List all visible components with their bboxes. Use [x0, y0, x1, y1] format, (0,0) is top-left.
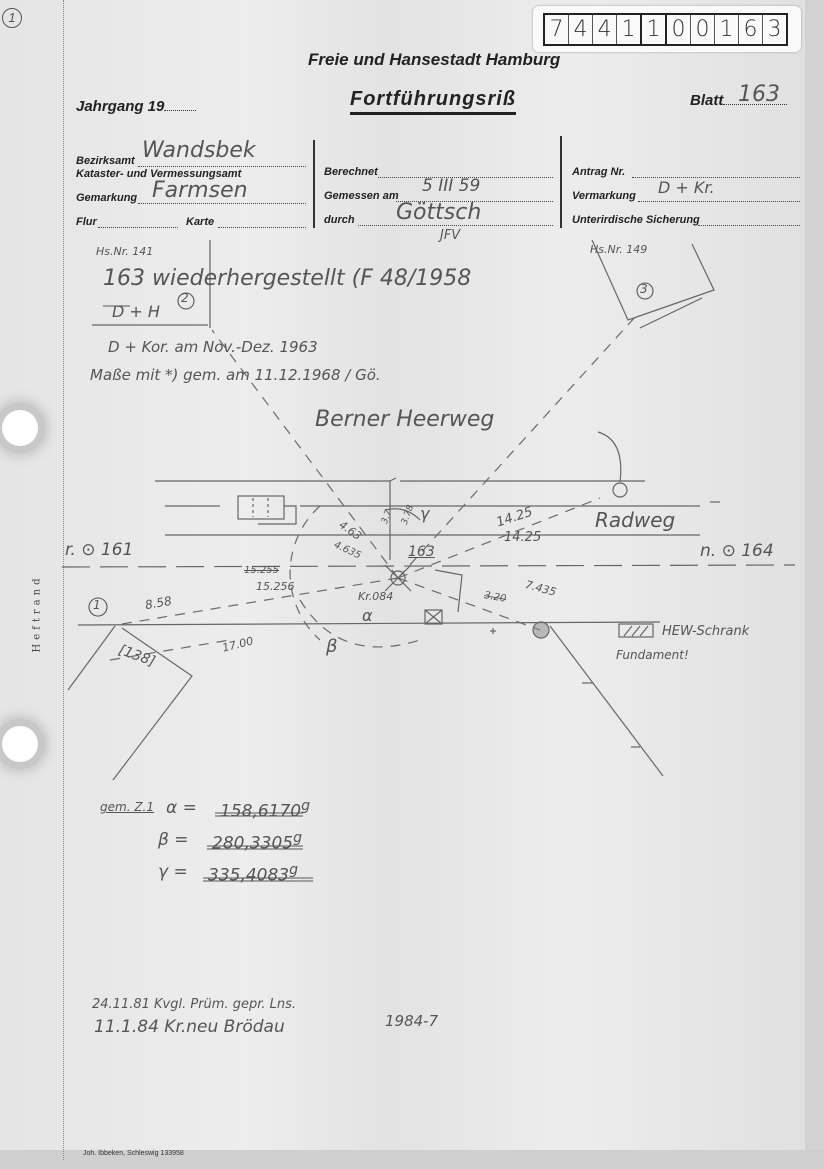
point-164-label: n. ⊙ 164 — [700, 541, 774, 561]
angle-value: 158,6170g — [220, 798, 310, 822]
footer-note-2: 11.1.84 Kr.neu Brödau — [94, 1017, 285, 1037]
distance-15-256: 15.256 — [256, 580, 295, 593]
point-1-label: 1 — [93, 598, 101, 612]
printer-imprint: Joh. Ibbeken, Schleswig 133958 — [83, 1150, 184, 1157]
foundation-note: Fundament! — [616, 648, 689, 662]
marking-note: D + Kor. am Nov.-Dez. 1963 — [108, 338, 318, 356]
house-number-149: Hs.Nr. 149 — [590, 243, 647, 256]
distance-15-255-struck: 15.255 — [244, 565, 279, 576]
angle-value: 280,3305g — [212, 830, 302, 854]
point-3-label: 3 — [640, 282, 648, 296]
house-number-141: Hs.Nr. 141 — [96, 245, 153, 258]
dh-mark: D + H — [112, 302, 160, 321]
street-name: Berner Heerweg — [315, 407, 494, 432]
footer-note-1: 24.11.81 Kvgl. Prüm. gepr. Lns. — [92, 997, 296, 1012]
angle-symbol: γ = — [158, 862, 188, 882]
angle-symbol: β = — [158, 830, 189, 850]
point-161-label: r. ⊙ 161 — [65, 540, 133, 560]
angle-symbol: α = — [166, 798, 197, 818]
footer-code: 1984-7 — [385, 1012, 438, 1030]
bike-path-label: Radweg — [595, 508, 675, 532]
point-163-label: 163 — [408, 544, 435, 560]
initials: JFV — [440, 228, 460, 243]
alpha-angle-mark: α — [362, 606, 373, 625]
beta-angle-mark: β — [326, 636, 338, 657]
survey-sketch — [0, 0, 824, 1169]
angle-prefix: gem. Z.1 — [100, 800, 154, 814]
distance-14-25-bottom: 14.25 — [504, 530, 541, 545]
hew-cabinet-label: HEW-Schrank — [662, 624, 749, 639]
restored-note: 163 wiederhergestellt (F 48/1958 — [103, 266, 471, 291]
point-2-label: 2 — [181, 291, 189, 305]
gamma-angle-mark: γ — [420, 504, 429, 523]
kr-label: Kr.084 — [358, 590, 393, 603]
measurement-note: Maße mit *) gem. am 11.12.1968 / Gö. — [90, 366, 381, 384]
angle-value: 335,4083g — [208, 862, 298, 886]
